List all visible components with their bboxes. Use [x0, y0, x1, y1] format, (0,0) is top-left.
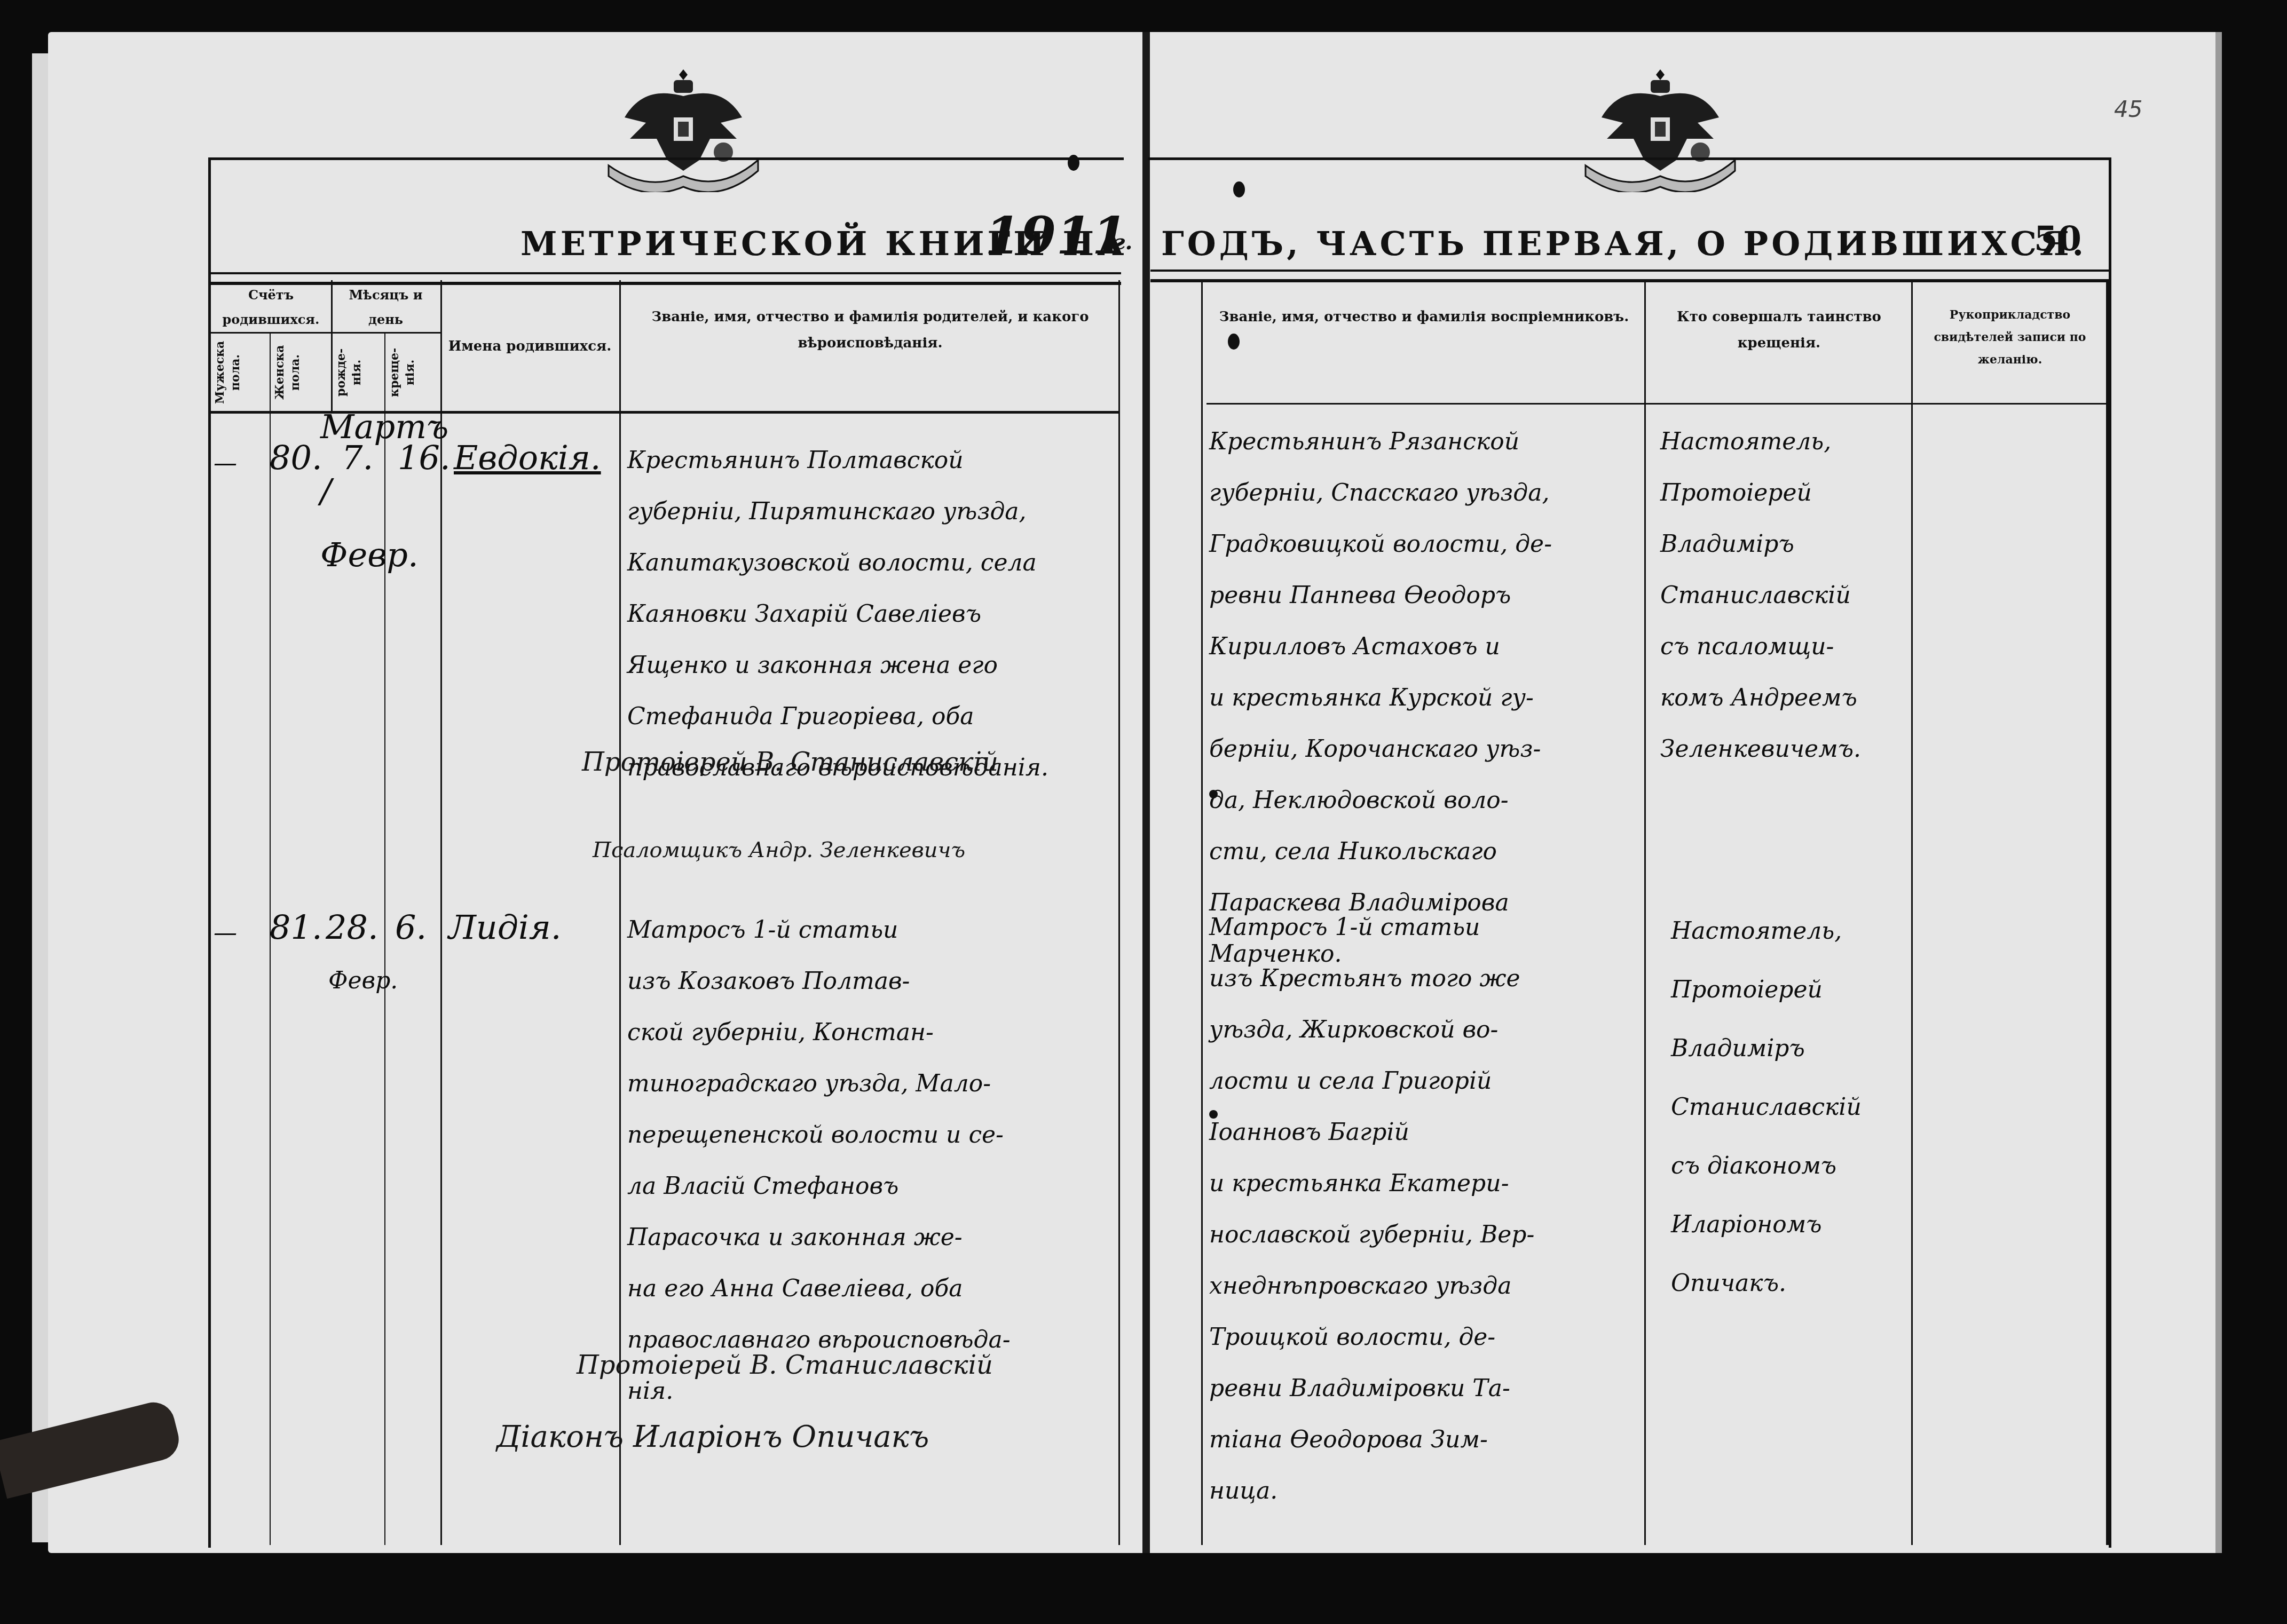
entry-1-birth-day: 7.: [342, 432, 373, 484]
col-divider: [1118, 280, 1120, 1545]
header-count-male: Мужеска пола.: [212, 336, 266, 408]
right-page-edge: [2215, 32, 2222, 1553]
title-rule-right: [1150, 270, 2109, 282]
col-divider: [1201, 280, 1203, 1545]
col-divider: [1911, 280, 1913, 1545]
col-divider: [2106, 280, 2109, 1545]
entry-1-female-count: 80.: [270, 432, 322, 484]
entry-2-male-count: —: [214, 907, 237, 958]
folio-number: 45: [2114, 96, 2142, 122]
header-officiant: Кто совершалъ таинство крещенія.: [1650, 304, 1909, 357]
entry-2-signature-priest: Протоіерей В. Станиславскій: [577, 1350, 993, 1380]
entry-2-parents: Матросъ 1-й статьи изъ Козаковъ Полтав- …: [627, 905, 1113, 1417]
header-bottom-rule-right: [1206, 403, 2109, 405]
header-parents: Званіе, имя, отчество и фамилія родителе…: [625, 304, 1116, 357]
col-divider: [331, 280, 333, 414]
entry-2-godparents: Матросъ 1-й статьи изъ Крестьянъ того же…: [1209, 902, 1642, 1517]
entry-1-officiant: Настоятель, Протоіерей Владиміръ Станисл…: [1660, 416, 1911, 775]
title-right: ГОДЪ, ЧАСТЬ ПЕРВАЯ, О РОДИВШИХСЯ.: [1161, 224, 2087, 263]
entry-2-birth-day: 28.: [326, 902, 378, 953]
entry-2-month: Февр.: [328, 955, 398, 1007]
entry-1-signature-priest: Протоіерей В. Станиславскій: [582, 747, 998, 777]
header-names: Имена родившихся.: [443, 334, 617, 360]
entry-1-godparents: Крестьянинъ Рязанской губерніи, Спасскаг…: [1209, 416, 1642, 980]
entry-1-male-count: —: [214, 438, 237, 489]
header-witnesses: Рукоприкладство свидѣтелей записи по жел…: [1914, 304, 2106, 371]
binding-hole: [1228, 334, 1240, 350]
entry-1-baptism-day: 16.: [398, 432, 451, 484]
entry-2-baptism-day: 6.: [395, 902, 427, 953]
binding-hole: [1068, 155, 1079, 171]
header-count: Счётъ родившихся.: [214, 283, 328, 331]
entry-1-signature-psalmist: Псаломщикъ Андр. Зеленкевичъ: [593, 838, 965, 862]
entry-2-signature-deacon: Діаконъ Иларіонъ Опичакъ: [496, 1420, 929, 1454]
title-year: 1911: [985, 205, 1127, 266]
binding-hole: [1209, 790, 1218, 798]
entry-2-female-count: 81.: [270, 902, 322, 953]
binding-hole: [1209, 1110, 1218, 1119]
entry-2-officiant: Настоятель, Протоіерей Владиміръ Станисл…: [1671, 902, 1911, 1313]
entry-1-parents: Крестьянинъ Полтавской губерніи, Пирятин…: [627, 435, 1113, 794]
entry-1-name: Евдокія.: [454, 432, 601, 484]
title-year-suffix: г.: [1113, 229, 1132, 255]
entry-1-month: Мартъ / Февр.: [320, 395, 427, 587]
entry-2-name: Лидія.: [448, 902, 562, 953]
header-godparents: Званіе, имя, отчество и фамилія воспріем…: [1206, 304, 1642, 330]
header-date: Мѣсяцъ и день: [334, 283, 438, 331]
binding-hole: [1233, 181, 1245, 197]
header-count-female: Женска пола.: [272, 336, 326, 408]
col-divider: [1644, 280, 1646, 1545]
page-number: 50: [2034, 219, 2081, 259]
row-divider: [211, 332, 440, 334]
